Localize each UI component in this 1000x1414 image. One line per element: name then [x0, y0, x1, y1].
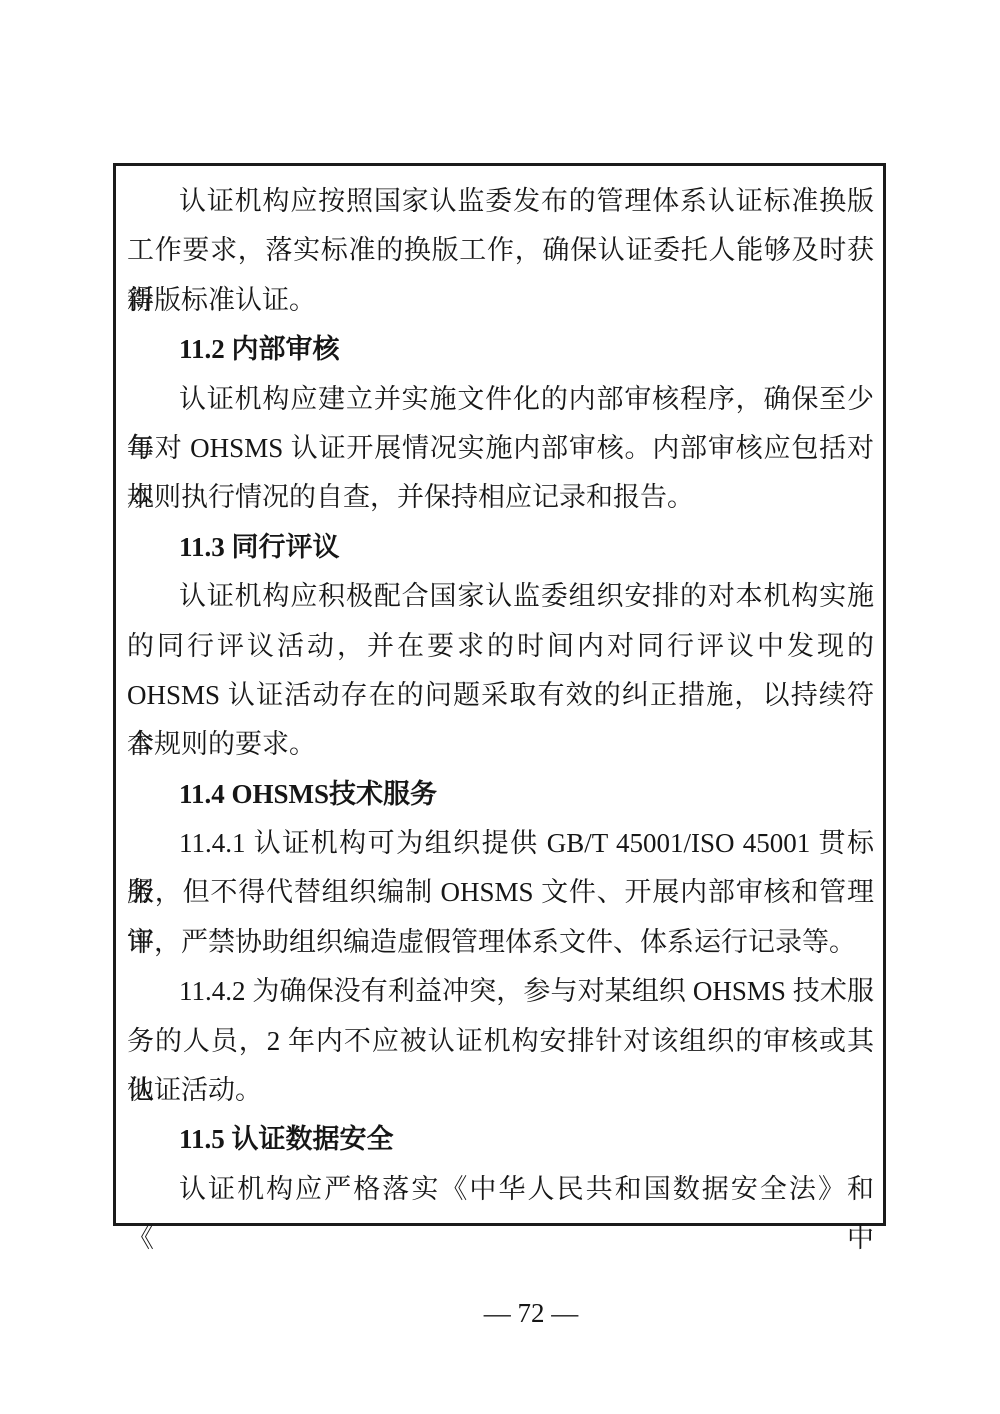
para-internal-audit-line-3: 规则执行情况的自查，并保持相应记录和报告。 — [127, 473, 874, 522]
para-peer-review-line-3: OHSMS 认证活动存在的问题采取有效的纠正措施，以持续符合 — [127, 671, 874, 720]
clause-11-4-1-line-3: 审，严禁协助组织编造虚假管理体系文件、体系运行记录等。 — [127, 918, 874, 967]
para-standard-revision-line-3: 新版标准认证。 — [127, 276, 874, 325]
clause-11-4-1-line-1: 11.4.1 认证机构可为组织提供 GB/T 45001/ISO 45001 贯… — [127, 819, 874, 868]
para-standard-revision-line-1: 认证机构应按照国家认监委发布的管理体系认证标准换版 — [127, 177, 874, 226]
para-peer-review-line-1: 认证机构应积极配合国家认监委组织安排的对本机构实施 — [127, 572, 874, 621]
document-page: 认证机构应按照国家认监委发布的管理体系认证标准换版 工作要求，落实标准的换版工作… — [0, 0, 1000, 1414]
heading-11-5: 11.5 认证数据安全 — [127, 1115, 874, 1164]
heading-11-3: 11.3 同行评议 — [127, 523, 874, 572]
clause-11-4-2-line-1: 11.4.2 为确保没有利益冲突，参与对某组织 OHSMS 技术服 — [127, 967, 874, 1016]
heading-11-4: 11.4 OHSMS技术服务 — [127, 770, 874, 819]
para-peer-review-line-2: 的同行评议活动，并在要求的时间内对同行评议中发现的 — [127, 622, 874, 671]
para-internal-audit-line-2: 年对 OHSMS 认证开展情况实施内部审核。内部审核应包括对本 — [127, 424, 874, 473]
clause-11-4-2-line-3: 认证活动。 — [127, 1066, 874, 1115]
page-number: — 72 — — [31, 1296, 1000, 1330]
clause-11-4-2-line-2: 务的人员，2 年内不应被认证机构安排针对该组织的审核或其他 — [127, 1017, 874, 1066]
para-data-security-line-1: 认证机构应严格落实《中华人民共和国数据安全法》和《中 — [127, 1165, 874, 1214]
para-internal-audit-line-1: 认证机构应建立并实施文件化的内部审核程序，确保至少每 — [127, 375, 874, 424]
para-standard-revision-line-2: 工作要求，落实标准的换版工作，确保认证委托人能够及时获得 — [127, 226, 874, 275]
heading-11-2: 11.2 内部审核 — [127, 325, 874, 374]
bordered-text-area: 认证机构应按照国家认监委发布的管理体系认证标准换版 工作要求，落实标准的换版工作… — [113, 163, 886, 1226]
clause-11-4-1-line-2: 务，但不得代替组织编制 OHSMS 文件、开展内部审核和管理评 — [127, 868, 874, 917]
para-peer-review-line-4: 本规则的要求。 — [127, 720, 874, 769]
